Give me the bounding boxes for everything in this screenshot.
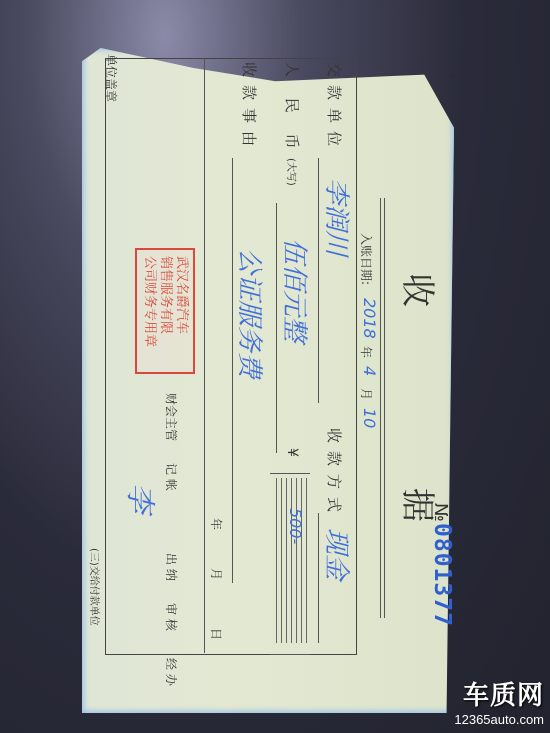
amount-stripe — [291, 478, 292, 643]
entry-date-day: 10 — [360, 408, 379, 428]
purpose-value: 公证服务费 — [233, 248, 270, 378]
watermark-logo: 车质网 — [454, 675, 544, 712]
receipt-content: ® 收 据 № 0801377 入账日期: 2018 年 4 月 10 交款单位… — [83, 48, 455, 713]
date-row-year: 年 — [208, 518, 225, 530]
rmb-note: (大写) — [285, 158, 300, 186]
row-separator — [204, 58, 205, 653]
bookkeeper-label: 记 帐 — [163, 463, 180, 491]
amount-stripe — [286, 478, 287, 643]
handler-label: 经 办 — [163, 658, 180, 686]
accountant-supervisor-label: 财会主管 — [163, 393, 180, 441]
finance-stamp: 武汉名爵汽车 销售服务有限 公司财务专用章 — [135, 248, 195, 374]
amount-stripe — [296, 478, 297, 643]
date-row-day: 日 — [208, 628, 225, 640]
payer-label: 交款单位 — [324, 62, 345, 154]
receipt-number: 0801377 — [429, 523, 455, 627]
rmb-value: 伍佰元整 — [278, 238, 315, 342]
cashier-label: 出 纳 — [163, 553, 180, 581]
title-underline — [384, 198, 385, 618]
registered-mark: ® — [446, 70, 457, 80]
amount-stripe — [306, 478, 307, 643]
currency-symbol: ¥ — [284, 448, 300, 457]
amount-stripe — [281, 478, 282, 643]
purpose-line — [232, 158, 233, 583]
payment-method-label: 收款方式 — [324, 428, 345, 520]
year-unit: 年 — [358, 346, 375, 358]
payer-value: 李润川 — [320, 178, 357, 256]
rmb-line — [276, 203, 277, 453]
entry-date-year: 2018 — [360, 298, 379, 339]
entry-date-month: 4 — [360, 366, 379, 376]
stamp-line-3: 公司财务专用章 — [141, 256, 157, 366]
rmb-label: 人 民 币 — [282, 62, 303, 157]
auditor-label: 审 核 — [163, 603, 180, 631]
unit-seal-label: 单位盖章 — [103, 54, 120, 102]
date-row-month: 月 — [208, 568, 225, 580]
payer-line — [318, 158, 319, 403]
watermark-url: 12365auto.com — [454, 712, 544, 727]
watermark: 车质网 12365auto.com — [454, 675, 544, 727]
amount-stripe — [276, 478, 277, 643]
entry-date-label: 入账日期: — [358, 233, 375, 285]
month-unit: 月 — [358, 388, 375, 400]
amount-value: 500- — [286, 508, 305, 544]
copy-note: (三)交给付款单位 — [88, 548, 103, 626]
payment-method-line — [318, 513, 319, 643]
stamp-line-1: 武汉名爵汽车 — [173, 256, 189, 366]
stamp-line-2: 销售服务有限 — [157, 256, 173, 366]
bookkeeper-signature: 李 — [121, 483, 165, 513]
purpose-label: 收款事由 — [239, 62, 260, 154]
number-prefix: № — [430, 503, 451, 522]
title-underline-2 — [380, 198, 381, 618]
payment-method-value: 现金 — [320, 528, 357, 580]
title-shou: 收 — [396, 273, 445, 309]
amount-stripe — [301, 478, 302, 643]
